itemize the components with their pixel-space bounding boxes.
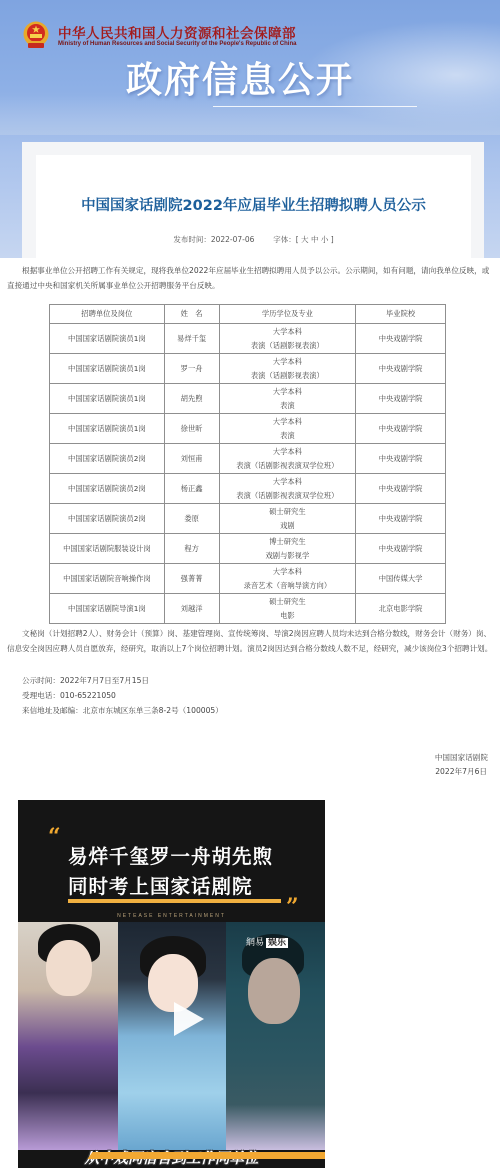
cell-major: 表演（话剧影视表演双学位班） [220,489,356,503]
table-row: 中国国家话剧院演员1岗徐世昕大学本科表演中央戏剧学院 [50,414,446,444]
cell-name: 杨正鑫 [164,474,219,504]
cell-major: 表演（话剧影视表演） [220,339,356,353]
font-size-medium-button[interactable]: 中 [311,235,319,244]
cell-position: 中国国家话剧院演员2岗 [50,474,165,504]
play-icon[interactable] [174,1002,204,1036]
cell-degree: 大学本科 [220,445,356,459]
cell-degree-major: 大学本科表演（话剧影视表演双学位班） [219,444,356,474]
headline-underline [68,899,281,903]
table-header-row: 招聘单位及岗位 姓 名 学历学位及专业 毕业院校 [50,305,446,324]
cell-school: 中央戏剧学院 [356,354,446,384]
cell-degree-major: 大学本科表演（话剧影视表演双学位班） [219,474,356,504]
cell-major: 表演 [220,429,356,443]
cell-school: 中央戏剧学院 [356,504,446,534]
cell-school: 中央戏剧学院 [356,534,446,564]
contact-phone: 受理电话：010-65221050 [22,690,116,701]
cell-major: 戏剧与影视学 [220,549,356,563]
photo-middle [118,922,226,1150]
font-size-bracket: ] [331,235,334,244]
signature-date: 2022年7月6日 [435,766,487,777]
header-name: 姓 名 [164,305,219,324]
cell-name: 刘越洋 [164,594,219,624]
cell-name: 刘恒甫 [164,444,219,474]
cell-degree-major: 硕士研究生戏剧 [219,504,356,534]
cell-position: 中国国家话剧院演员1岗 [50,384,165,414]
cell-major: 表演（话剧影视表演双学位班） [220,459,356,473]
table-row: 中国国家话剧院演员2岗刘恒甫大学本科表演（话剧影视表演双学位班）中央戏剧学院 [50,444,446,474]
cell-school: 中国传媒大学 [356,564,446,594]
table-row: 中国国家话剧院演员2岗杨正鑫大学本科表演（话剧影视表演双学位班）中央戏剧学院 [50,474,446,504]
video-thumbnail: 網易娱乐 从中戏同宿舍到工作同单位 [18,922,325,1150]
cell-position: 中国国家话剧院音响操作岗 [50,564,165,594]
cell-major: 表演（话剧影视表演） [220,369,356,383]
header-school: 毕业院校 [356,305,446,324]
table-row: 中国国家话剧院演员1岗胡先煦大学本科表演中央戏剧学院 [50,384,446,414]
publish-label: 发布时间： [173,235,211,244]
cell-name: 娄原 [164,504,219,534]
cell-position: 中国国家话剧院演员1岗 [50,354,165,384]
table-row: 中国国家话剧院演员1岗罗一舟大学本科表演（话剧影视表演）中央戏剧学院 [50,354,446,384]
cell-degree-major: 大学本科表演（话剧影视表演） [219,354,356,384]
cell-name: 胡先煦 [164,384,219,414]
cell-degree: 博士研究生 [220,535,356,549]
cell-name: 强菁菁 [164,564,219,594]
cell-degree: 硕士研究生 [220,595,356,609]
orange-stripe-decoration [88,1152,325,1159]
cell-position: 中国国家话剧院演员1岗 [50,414,165,444]
cell-degree: 大学本科 [220,385,356,399]
netease-watermark: 網易娱乐 [246,935,288,948]
section-title: 政府信息公开 [126,52,354,103]
table-row: 中国国家话剧院导演1岗刘越洋硕士研究生电影北京电影学院 [50,594,446,624]
cell-position: 中国国家话剧院演员2岗 [50,444,165,474]
cell-degree: 大学本科 [220,415,356,429]
recruitment-table: 招聘单位及岗位 姓 名 学历学位及专业 毕业院校 中国国家话剧院演员1岗易烊千玺… [49,304,446,624]
photo-left [18,922,118,1150]
cell-degree-major: 大学本科表演（话剧影视表演） [219,324,356,354]
table-row: 中国国家话剧院服装设计岗程方博士研究生戏剧与影视学中央戏剧学院 [50,534,446,564]
cell-position: 中国国家话剧院演员2岗 [50,504,165,534]
table-row: 中国国家话剧院演员1岗易烊千玺大学本科表演（话剧影视表演）中央戏剧学院 [50,324,446,354]
font-size-small-button[interactable]: 小 [321,235,329,244]
cell-name: 程方 [164,534,219,564]
header-position: 招聘单位及岗位 [50,305,165,324]
cell-position: 中国国家话剧院服装设计岗 [50,534,165,564]
cell-degree: 大学本科 [220,325,356,339]
cell-degree-major: 博士研究生戏剧与影视学 [219,534,356,564]
mailing-address: 来信地址及邮编：北京市东城区东单三条8-2号（100005） [22,705,223,716]
cell-degree: 大学本科 [220,475,356,489]
table-row: 中国国家话剧院音响操作岗强菁菁大学本科录音艺术（音响导演方向）中国传媒大学 [50,564,446,594]
video-headline-line2: 同时考上国家话剧院 [68,871,253,899]
header-degree: 学历学位及专业 [219,305,356,324]
cell-major: 表演 [220,399,356,413]
cell-school: 中央戏剧学院 [356,384,446,414]
cell-name: 徐世昕 [164,414,219,444]
cell-major: 电影 [220,609,356,623]
cell-degree: 硕士研究生 [220,505,356,519]
notes-paragraph: 文秘岗（计划招聘2人）、财务会计（预算）岗、基建管理岗、宣传统筹岗、导演2岗因应… [7,626,493,656]
cell-name: 罗一舟 [164,354,219,384]
table-row: 中国国家话剧院演员2岗娄原硕士研究生戏剧中央戏剧学院 [50,504,446,534]
cell-degree-major: 大学本科录音艺术（音响导演方向） [219,564,356,594]
cell-position: 中国国家话剧院导演1岗 [50,594,165,624]
cell-name: 易烊千玺 [164,324,219,354]
font-size-large-button[interactable]: 大 [301,235,309,244]
ministry-name-cn[interactable]: 中华人民共和国人力资源和社会保障部 [58,22,296,42]
section-title-underline [213,106,417,107]
brand-name-en: NETEASE ENTERTAINMENT [18,913,325,919]
national-emblem-icon[interactable] [22,21,50,51]
cell-school: 中央戏剧学院 [356,324,446,354]
photo-right: 網易娱乐 [226,922,325,1150]
ministry-name-en: Ministry of Human Resources and Social S… [58,41,296,47]
font-size-label: 字体：[ [273,235,298,244]
article-title: 中国国家话剧院2022年应届毕业生招聘拟聘人员公示 [36,194,471,215]
cell-degree-major: 大学本科表演 [219,414,356,444]
cell-degree: 大学本科 [220,355,356,369]
cell-major: 戏剧 [220,519,356,533]
cell-degree: 大学本科 [220,565,356,579]
cell-position: 中国国家话剧院演员1岗 [50,324,165,354]
signature-org: 中国国家话剧院 [435,752,488,763]
video-player[interactable]: “ 易烊千玺罗一舟胡先煦 同时考上国家话剧院 ” NETEASE ENTERTA… [18,800,325,1168]
cell-school: 中央戏剧学院 [356,414,446,444]
video-headline-line1: 易烊千玺罗一舟胡先煦 [68,841,273,869]
cell-school: 中央戏剧学院 [356,444,446,474]
intro-paragraph: 根据事业单位公开招聘工作有关规定，现将我单位2022年应届毕业生招聘拟聘用人员予… [7,263,493,293]
cell-degree-major: 大学本科表演 [219,384,356,414]
cell-school: 北京电影学院 [356,594,446,624]
quote-open-icon: “ [48,826,61,848]
publish-date: 2022-07-06 [211,235,255,244]
notice-period: 公示时间：2022年7月7日至7月15日 [22,675,149,686]
cell-degree-major: 硕士研究生电影 [219,594,356,624]
article-meta: 发布时间：2022-07-06 字体：[ 大 中 小 ] [36,234,471,245]
cell-school: 中央戏剧学院 [356,474,446,504]
cell-major: 录音艺术（音响导演方向） [220,579,356,593]
